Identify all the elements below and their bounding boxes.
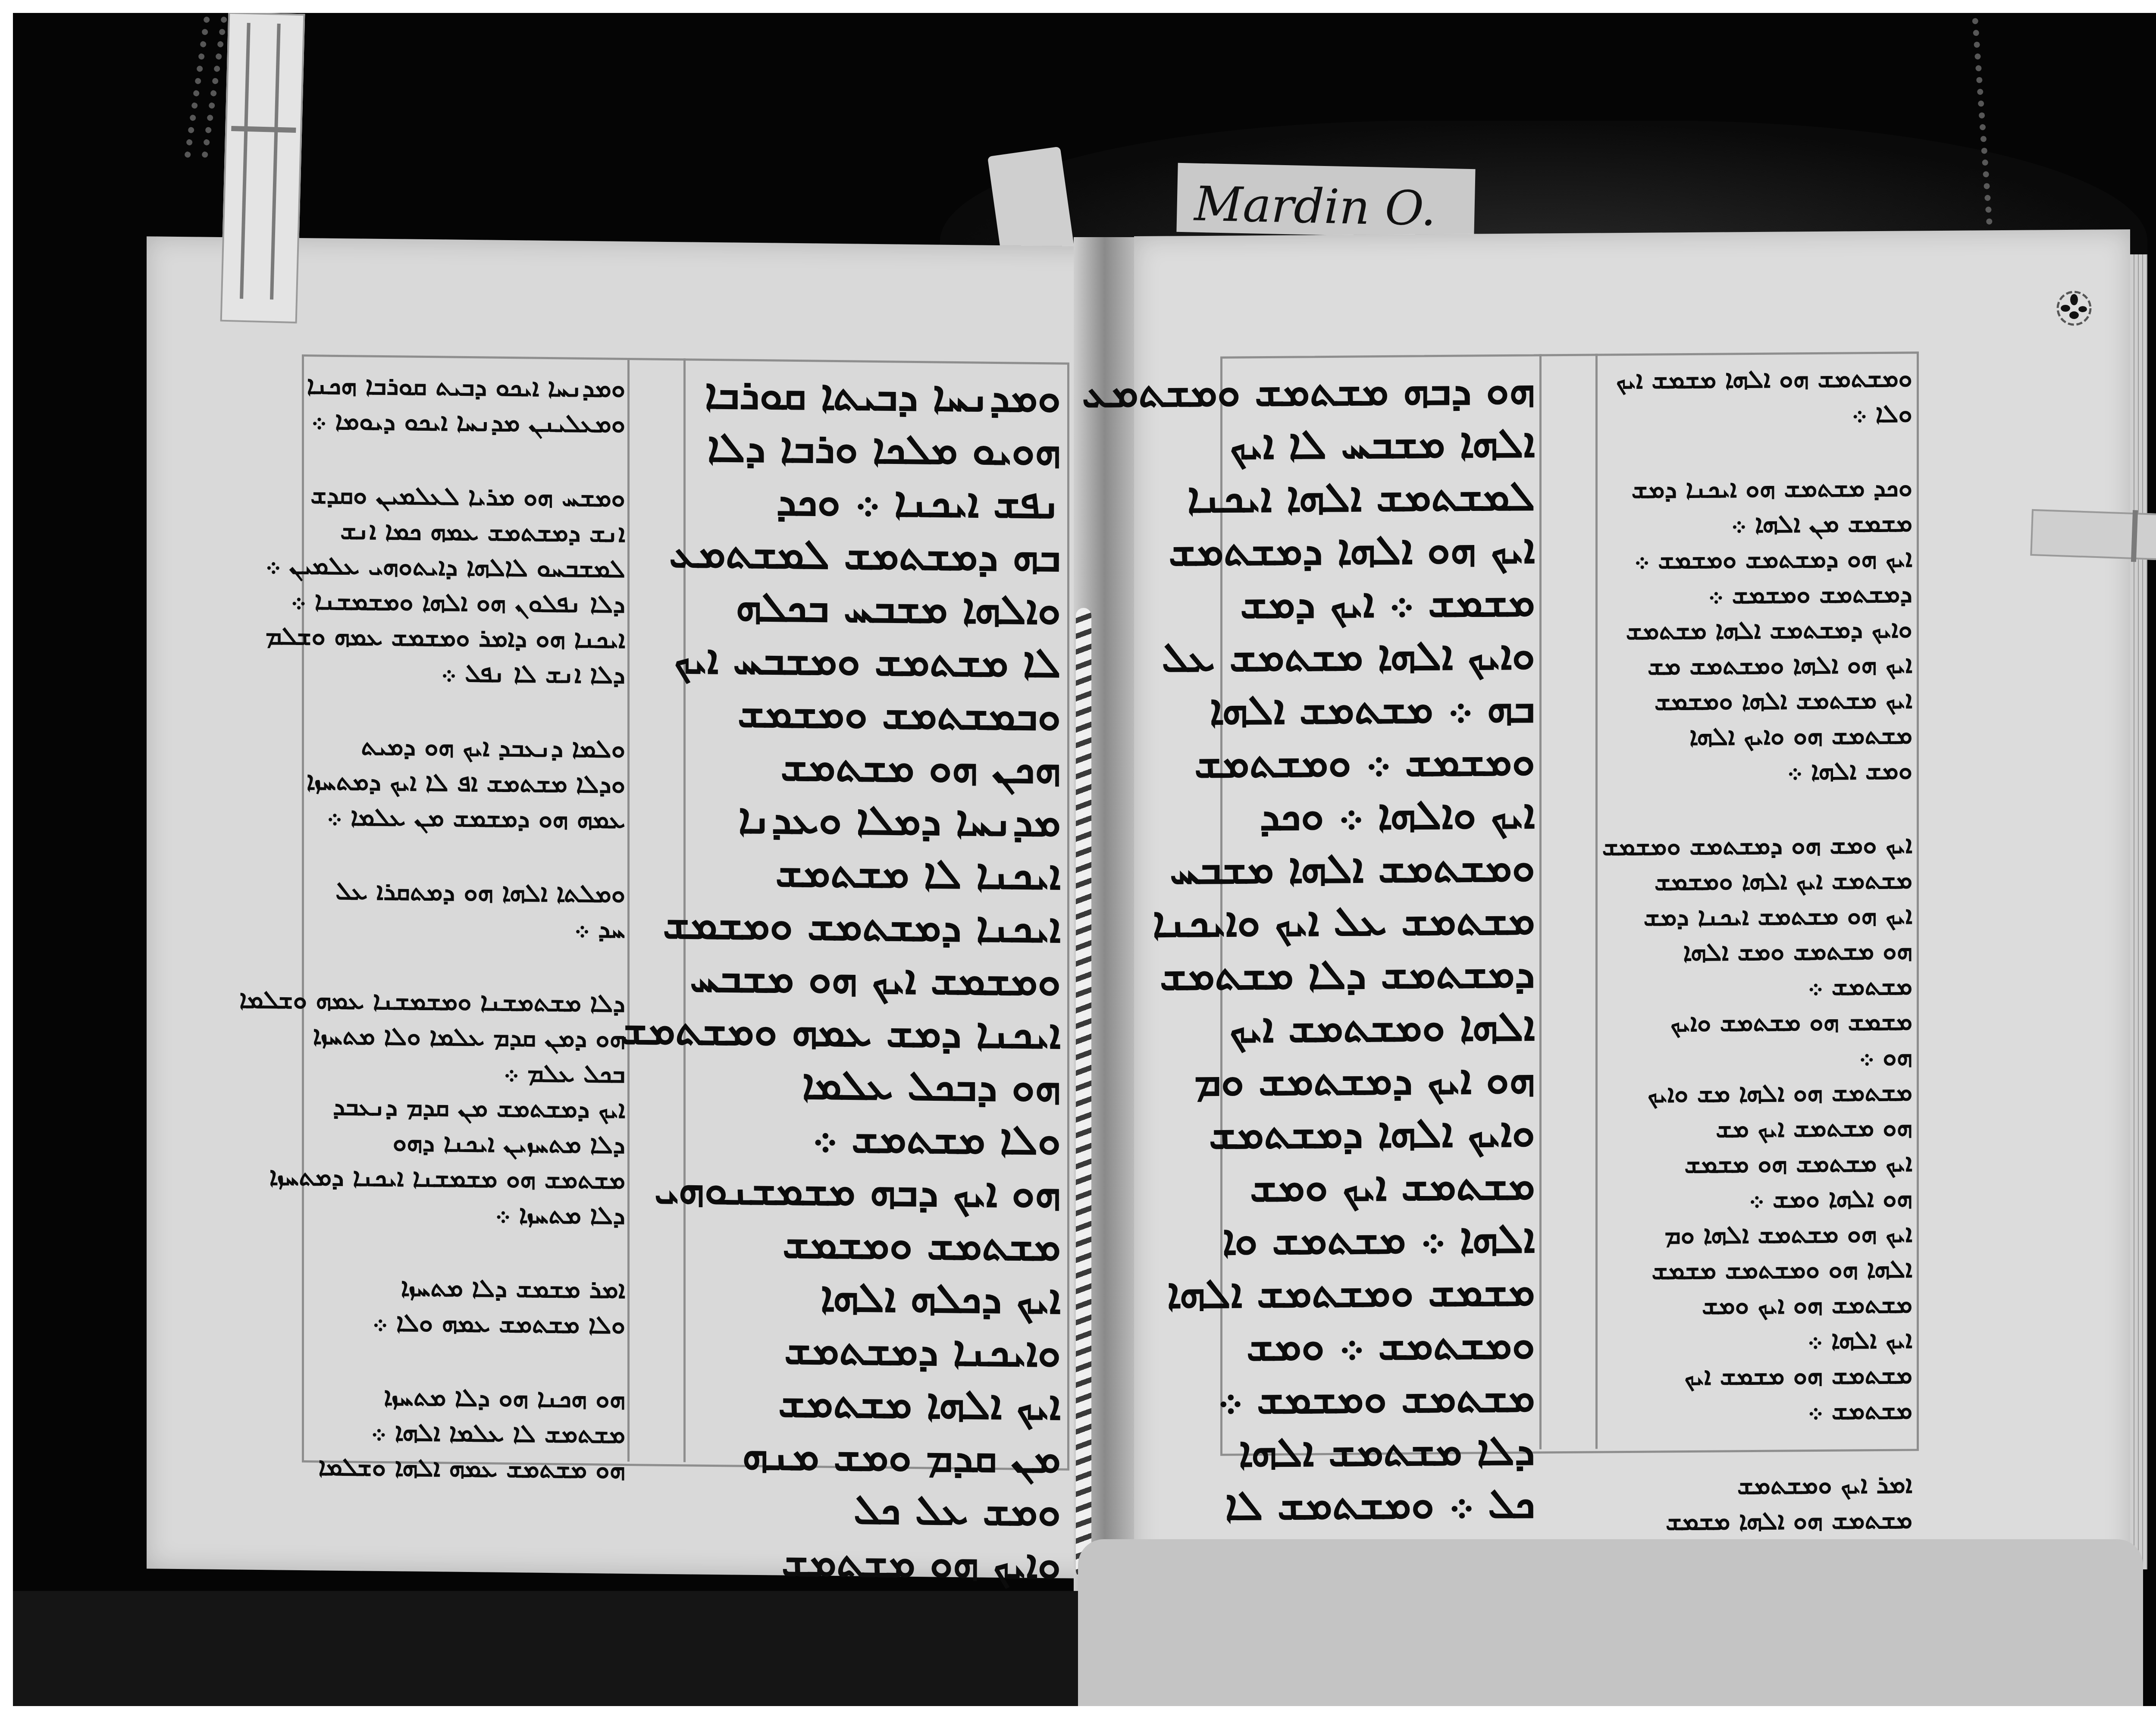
manuscript-line: ܐܝܟ ܕܡܫܬܡܫ ܡܢ ܩܕܡ ܕܢܥܒܕ [306, 1088, 625, 1127]
manuscript-line: ܐܝܟܢܐ ܠܐ ܡܫܬܡܫ [690, 844, 1061, 901]
manuscript-line: ܘܐܝܟ ܐܠܗܐ ܡܫܬܡܫ ܥܠ [1225, 628, 1535, 683]
manuscript-line: ܐܠܗܐ ܗܘ ܘܡܫܬܡܫ ܡܫܡܫ [1602, 1251, 1912, 1288]
manuscript-line: ܐܡܪ ܡܫܡܫ ܕܠܐ ܡܬܚܙܐ [306, 1268, 625, 1307]
manuscript-line: ܡܫܬܡܫ ܗܘ ܡܫܡܫܢܐ ܐܝܟܢܐ ܕܡܬܚܙܐ [306, 1159, 625, 1198]
paragraph-break [306, 438, 625, 480]
left-page-inner-column: ܘܡܕܢܚܐ ܕܒܝܬܐ ܩܘܪܒܐܗܘܝܘ ܡܠܟܐ ܘܪܒܐ ܕܠܐܢܦܫ … [690, 367, 1061, 1644]
book-cover-board [1078, 1539, 2143, 1706]
manuscript-line: ܕܡܫܬܡܫ ܕܠܐ ܡܫܬܡܫ [1225, 946, 1535, 1002]
manuscript-line: ܡܫܬܡܫ ܀ [1602, 968, 1912, 1005]
manuscript-line: ܘܡܫ ܥܠ ܟܠ [690, 1481, 1061, 1537]
manuscript-line: ܡܫܬܡܫ ܐܝܟ ܘܡܫ [1225, 1159, 1535, 1214]
flower-ornament-icon [2053, 287, 2096, 330]
bookmark-cord [1076, 608, 1091, 1578]
paragraph-break [306, 1339, 625, 1381]
manuscript-photograph: Mardin O. 76 ܘܡܕܢܚܐ ܐܝܟܘ ܕܒܝܬ ܩܘܪܒܐ ܗܟܢܐ… [13, 13, 2156, 1706]
manuscript-line: ܡܫܬܡܫ ܗܘ ܘܐܝܟ ܐܠܗܐ [1602, 717, 1912, 755]
manuscript-line: ܡܫܬܡܫ ܘܡܫܡܫ ܀ [1225, 1371, 1535, 1426]
manuscript-line: ܡܫܬܡܫ ܗܘ ܐܠܗܐ ܡܫ ܘܐܝܟ [1602, 1074, 1912, 1112]
manuscript-line: ܘܐܠܗܐ ܡܫܒܚ ܒܟܠܗ [690, 579, 1061, 636]
manuscript-line: ܘܡܫ ܐܠܗܐ ܀ [1602, 752, 1912, 790]
manuscript-line: ܡܫܬܡܫ ܀ [1602, 1392, 1912, 1430]
manuscript-line: ܗܘ ܡܫܬܡܫ ܥܡܗ ܐܠܗܐ ܘܫܠܡܐ [306, 1449, 625, 1487]
manuscript-line: ܠܡܫܒܚܘ ܠܐܠܗܐ ܕܐܝܬܘܗܝ ܥܠܡܝܢ ܀ [306, 548, 625, 586]
right-page: ܗܘ ܕܒܗ ܡܫܬܡܫ ܘܡܫܬܡܥܐܠܗܐ ܡܫܒܚ ܠܐ ܐܝܟܠܡܫܬܡ… [1134, 229, 2130, 1577]
manuscript-line: ܡܫܡܫ ܘܡܫܬܡܫ ܐܠܗܐ [1225, 1265, 1535, 1320]
manuscript-line: ܘܡܠܬܐ ܐܠܗܐ ܗܘ ܕܡܬܩܪܐ ܥܠ [306, 873, 625, 911]
manuscript-line: ܘܡܫܚ ܗܘ ܡܪܝܐ ܠܥܠܡܝܢ ܘܩܕܫ [306, 477, 625, 516]
manuscript-line: ܘܐܝܟ ܗܘ ܡܫܬܡܫ [690, 1534, 1061, 1591]
manuscript-line: ܗܘ ܐܝܟ ܕܡܫܬܡܫ ܘܡ [1225, 1052, 1535, 1108]
manuscript-line: ܠܐ ܡܫܬܡܫ ܘܡܫܒܚ ܐܝܟ [690, 632, 1061, 689]
manuscript-line: ܐܝܟ ܕܟܠܗ ܐܠܗܐ [690, 1268, 1061, 1325]
manuscript-line: ܗܘ ܕܡܢ ܩܕܡ ܥܠܡܐ ܘܠܐ ܡܬܚܙܐ [306, 1018, 625, 1056]
manuscript-line: ܡܫܡܫ ܗܘ ܡܫܬܡܫ ܘܐܝܟ [1602, 1003, 1912, 1041]
manuscript-line: ܗܘ ܐܠܗܐ ܘܡܫ ܀ [1602, 1180, 1912, 1218]
manuscript-line: ܡܫܬܡܫ ܗܘ ܐܠܗܐ ܡܫܡܫ [1602, 1502, 1912, 1539]
manuscript-line: ܒܗ ܀ ܡܫܬܡܫ ܐܠܗܐ [1225, 681, 1535, 736]
manuscript-line: ܕܠܐ ܡܫܬܡܫܢܐ ܘܡܫܡܫܢܐ ܥܡܗ ܘܫܠܡܐ [306, 982, 625, 1021]
manuscript-line: ܕܠܐ ܐܢܫ ܠܐ ܢܦܠ ܀ [306, 654, 625, 692]
manuscript-line: ܘܠܐ ܀ [1602, 395, 1912, 433]
manuscript-line: ܗܘ ܕܒܗ ܡܫܬܡܫ ܘܡܫܬܡܥ [1225, 363, 1535, 418]
manuscript-line: ܥܡܗ ܗܘ ܕܡܫܡܫ ܡܢ ܥܠܡܐ ܀ [306, 798, 625, 837]
manuscript-line: ܐܝܟܢܐ ܕܡܫ ܥܡܗ ܘܡܫܬܡܫ [690, 1003, 1061, 1060]
paragraph-break [1602, 431, 1912, 472]
paragraph-break [306, 834, 625, 876]
manuscript-line: ܡܫܬܡܫ ܗܘ ܡܫܡܫ ܐܝܟ [1602, 1357, 1912, 1394]
manuscript-line: ܐܝܟ ܡܫܬܡܫ ܗܘ ܡܫܡܫ [1602, 1145, 1912, 1182]
left-page-outer-column: ܘܡܕܢܚܐ ܐܝܟܘ ܕܒܝܬ ܩܘܪܒܐ ܗܟܢܐܘܡܥܠܝܢܢ ܡܕܢܚܐ… [306, 367, 625, 1487]
manuscript-line: ܕܠܐ ܡܬܚܙܝܢ ܐܝܟܢܐ ܕܗܘ [306, 1124, 625, 1162]
manuscript-line: ܘܡܥܠܝܢܢ ܡܕܢܚܐ ܐܝܟܘ ܕܝܘܡܐ ܀ [306, 403, 625, 441]
manuscript-line: ܘܡܕܢܚܐ ܕܒܝܬܐ ܩܘܪܒܐ [690, 367, 1061, 424]
manuscript-line: ܗܘ ܡܫܬܡܫ ܐܝܟ ܡܫ [1602, 1109, 1912, 1147]
manuscript-line: ܗܘ ܀ [1602, 1039, 1912, 1076]
right-page-column-rule [1539, 354, 1542, 1449]
manuscript-line: ܐܠܗܐ ܡܫܒܚ ܠܐ ܐܝܟ [1225, 416, 1535, 471]
manuscript-line: ܘܡܫܬܡܫ ܀ ܘܡܫ [1225, 1318, 1535, 1373]
manuscript-line: ܘܐܝܟ ܕܡܫܬܡܫ ܐܠܗܐ ܡܫܬܡܫ [1602, 611, 1912, 648]
manuscript-line: ܡܫܬܡܫ ܗܘ ܐܝܟ ܘܡܫ [1602, 1286, 1912, 1324]
manuscript-line: ܐܢܫ ܕܡܫܬܡܫ ܥܡܗ ܟܡܐ ܐܢܫ [306, 512, 625, 551]
manuscript-line: ܘܐܝܟܢܐ ܕܡܫܬܡܫ [690, 1321, 1061, 1378]
clip-wire [240, 23, 251, 299]
clip-hinge [2131, 510, 2138, 562]
manuscript-line: ܐܝܟ ܐܠܗܐ ܀ [1602, 1321, 1912, 1359]
manuscript-line: ܘܠܐ ܡܫܬܡܫ ܀ [690, 1109, 1061, 1166]
manuscript-line: ܐܠܗܐ ܘܡܫܬܡܫ ܐܝܟ [1225, 999, 1535, 1055]
manuscript-line: ܢܦܫ ܐܝܟܢܐ ܀ ܘܟܕ [690, 473, 1061, 530]
manuscript-line: ܐܝܟ ܘܐܠܗܐ ܀ ܘܟܕ [1225, 787, 1535, 842]
manuscript-line: ܐܝܟ ܘܡܫ ܗܘ ܕܡܫܬܡܫ ܘܡܫܡܫ [1602, 827, 1912, 864]
paragraph-break [1602, 788, 1912, 829]
right-page-inner-column: ܗܘ ܕܒܗ ܡܫܬܡܫ ܘܡܫܬܡܥܐܠܗܐ ܡܫܒܚ ܠܐ ܐܝܟܠܡܫܬܡ… [1225, 363, 1535, 1638]
manuscript-line: ܘܒܡܫܬܡܫ ܘܡܫܡܫ [690, 685, 1061, 742]
paragraph-break [306, 943, 625, 986]
manuscript-line: ܐܝܟܢܐ ܗܘ ܕܐܡܪ ܘܡܫܡܫ ܥܡܗ ܘܫܠܡ [306, 618, 625, 657]
clip-hinge [231, 126, 296, 133]
manuscript-line: ܗܘܝܘ ܡܠܟܐ ܘܪܒܐ ܕܠܐ [690, 420, 1061, 477]
manuscript-line: ܒܟܠ ܥܠܡ ܀ [306, 1053, 625, 1092]
manuscript-line: ܕܠܐ ܢܦܠܘܢ ܗܘ ܐܠܗܐ ܘܡܫܡܫܢܐ ܀ [306, 583, 625, 622]
left-page-column-rule [627, 358, 630, 1462]
paragraph-break [306, 689, 625, 731]
right-page-column-rule [1595, 354, 1598, 1449]
manuscript-line: ܘܡܕܢܚܐ ܐܝܟܘ ܕܒܝܬ ܩܘܪܒܐ ܗܟܢܐ [306, 367, 625, 406]
manuscript-line: ܕܡܫܬܡܫ ܘܡܫܡܫ ܀ [1602, 576, 1912, 613]
manuscript-line: ܗܘ ܡܫܬܡܫ ܘܡܫ ܐܠܗܐ [1602, 933, 1912, 970]
manuscript-line: ܘܐܝܟ ܐܠܗܐ ܕܡܫܬܡܫ [1225, 1105, 1535, 1161]
manuscript-line: ܡܕܢܚܐ ܕܡܠܐ ܘܥܕܢܐ [690, 791, 1061, 848]
shelfmark-label: Mardin O. 76 [1176, 163, 1475, 238]
manuscript-line: ܐܡܪ ܐܝܟ ܘܡܫܬܡܫ [1602, 1466, 1912, 1504]
left-binder-clip [220, 13, 305, 323]
paragraph-break [306, 1230, 625, 1272]
dark-cloth [13, 1591, 1082, 1706]
paragraph-break [1602, 1428, 1912, 1469]
manuscript-line: ܘܟܕ ܡܫܬܡܫ ܗܘ ܐܝܟܢܐ ܕܡܫ [1602, 470, 1912, 507]
manuscript-line: ܐܝܟ ܗܘ ܐܠܗܐ ܕܡܫܬܡܫ [1225, 522, 1535, 577]
manuscript-line: ܗܟܢ ܗܘ ܡܫܬܡܫ [690, 738, 1061, 795]
manuscript-line: ܘܡܫܬܡܫ ܗܘ ܐܠܗܐ ܡܫܡܫ ܐܝܟ [1602, 360, 1912, 398]
manuscript-line: ܡܫܬܡܫ ܠܐ ܥܠܡܐ ܐܠܗܐ ܀ [306, 1413, 625, 1452]
manuscript-line: ܡܫܬܡܫ ܘܡܫܡܫ [690, 1215, 1061, 1272]
manuscript-line: ܐܝܟܢܐ ܕܡܫܬܡܫ ܘܡܫܡܫ [690, 897, 1061, 954]
manuscript-line: ܐܝܟ ܐܠܗܐ ܡܫܬܡܫ [690, 1375, 1061, 1431]
manuscript-line: ܐܝܟ ܗܘ ܐܠܗܐ ܘܡܫܬܡܫ ܡܫ [1602, 646, 1912, 684]
manuscript-line: ܡܫܬܡܫ ܐܝܟ ܐܠܗܐ ܘܡܫܡܫ [1602, 862, 1912, 899]
manuscript-line: ܘܕܠܐ ܡܫܬܡܫ ܐܦ ܠܐ ܐܝܟ ܕܡܬܚܙܐ [306, 763, 625, 802]
manuscript-line: ܡܢ ܩܕܡ ܘܡܫ ܡܢܗ [690, 1428, 1061, 1484]
manuscript-line: ܠܡܫܬܡܫ ܐܠܗܐ ܐܝܟܢܐ [1225, 469, 1535, 524]
manuscript-line: ܘܠܡܐ ܕܢܥܒܕ ܐܝܟ ܗܘ ܕܡܝܬ [306, 728, 625, 767]
manuscript-line: ܡܫܡܫ ܡܢ ܐܠܗܐ ܀ [1602, 505, 1912, 542]
manuscript-line: ܕܠܐ ܡܫܬܡܫ ܐܠܗܐ [1225, 1424, 1535, 1479]
manuscript-line: ܘܡܫܬܡܫ ܐܠܗܐ ܡܫܒܚ [1225, 840, 1535, 896]
manuscript-line: ܐܝܟ ܗܘ ܡܫܬܡܫ ܐܠܗܐ ܘܡ [1602, 1215, 1912, 1253]
manuscript-line: ܕܠܐ ܡܬܚܙܐ ܀ [306, 1194, 625, 1233]
manuscript-line: ܡܫܡܫ ܀ ܐܝܟ ܕܡܫ [1225, 575, 1535, 630]
manuscript-line: ܘܡܫܡܫ ܀ ܘܡܫܬܡܫ [1225, 734, 1535, 789]
right-page-outer-column: ܘܡܫܬܡܫ ܗܘ ܐܠܗܐ ܡܫܡܫ ܐܝܟܘܠܐ ܀ܘܟܕ ܡܫܬܡܫ ܗܘ… [1602, 360, 1912, 1610]
manuscript-line: ܘܠܐ ܡܫܬܡܫ ܥܡܗ ܘܠܐ ܀ [306, 1304, 625, 1343]
manuscript-line: ܚܕ ܀ [306, 908, 625, 947]
manuscript-line: ܐܝܟ ܡܫܬܡܫ ܐܠܗܐ ܘܡܫܡܫ [1602, 682, 1912, 719]
manuscript-line: ܗܘ ܗܟܢܐ ܗܘ ܕܠܐ ܡܬܚܙܐ [306, 1378, 625, 1417]
manuscript-line: ܡܫܬܡܫ ܥܠ ܐܝܟ ܘܐܝܟܢܐ [1225, 893, 1535, 949]
manuscript-line: ܐܝܟ ܗܘ ܕܡܫܬܡܫ ܘܡܫܡܫ ܀ [1602, 540, 1912, 578]
clip-wire [270, 24, 281, 300]
manuscript-line: ܗܘ ܐܝܟ ܕܒܗ ܡܫܡܫܢܘܗܝ [690, 1162, 1061, 1219]
manuscript-line: ܒܗ ܕܡܫܬܡܫ ܠܡܫܬܡܥ [690, 526, 1061, 583]
right-binder-clip [2030, 509, 2156, 564]
manuscript-line: ܗܘ ܕܒܟܠ ܥܠܡܐ [690, 1056, 1061, 1113]
manuscript-line: ܐܝܟ ܗܘ ܡܫܬܡܫ ܐܝܟܢܐ ܕܡܫ [1602, 897, 1912, 935]
left-page: ܘܡܕܢܚܐ ܐܝܟܘ ܕܒܝܬ ܩܘܪܒܐ ܗܟܢܐܘܡܥܠܝܢܢ ܡܕܢܚܐ… [147, 236, 1112, 1578]
manuscript-line: ܘܡܫܡܫ ܐܝܟ ܗܘ ܡܫܒܚ [690, 950, 1061, 1007]
manuscript-line: ܐܠܗܐ ܀ ܡܫܬܡܫ ܘܐ [1225, 1212, 1535, 1267]
manuscript-line: ܟܠ ܀ ܘܡܫܬܡܫ ܠܐ [1225, 1477, 1535, 1532]
